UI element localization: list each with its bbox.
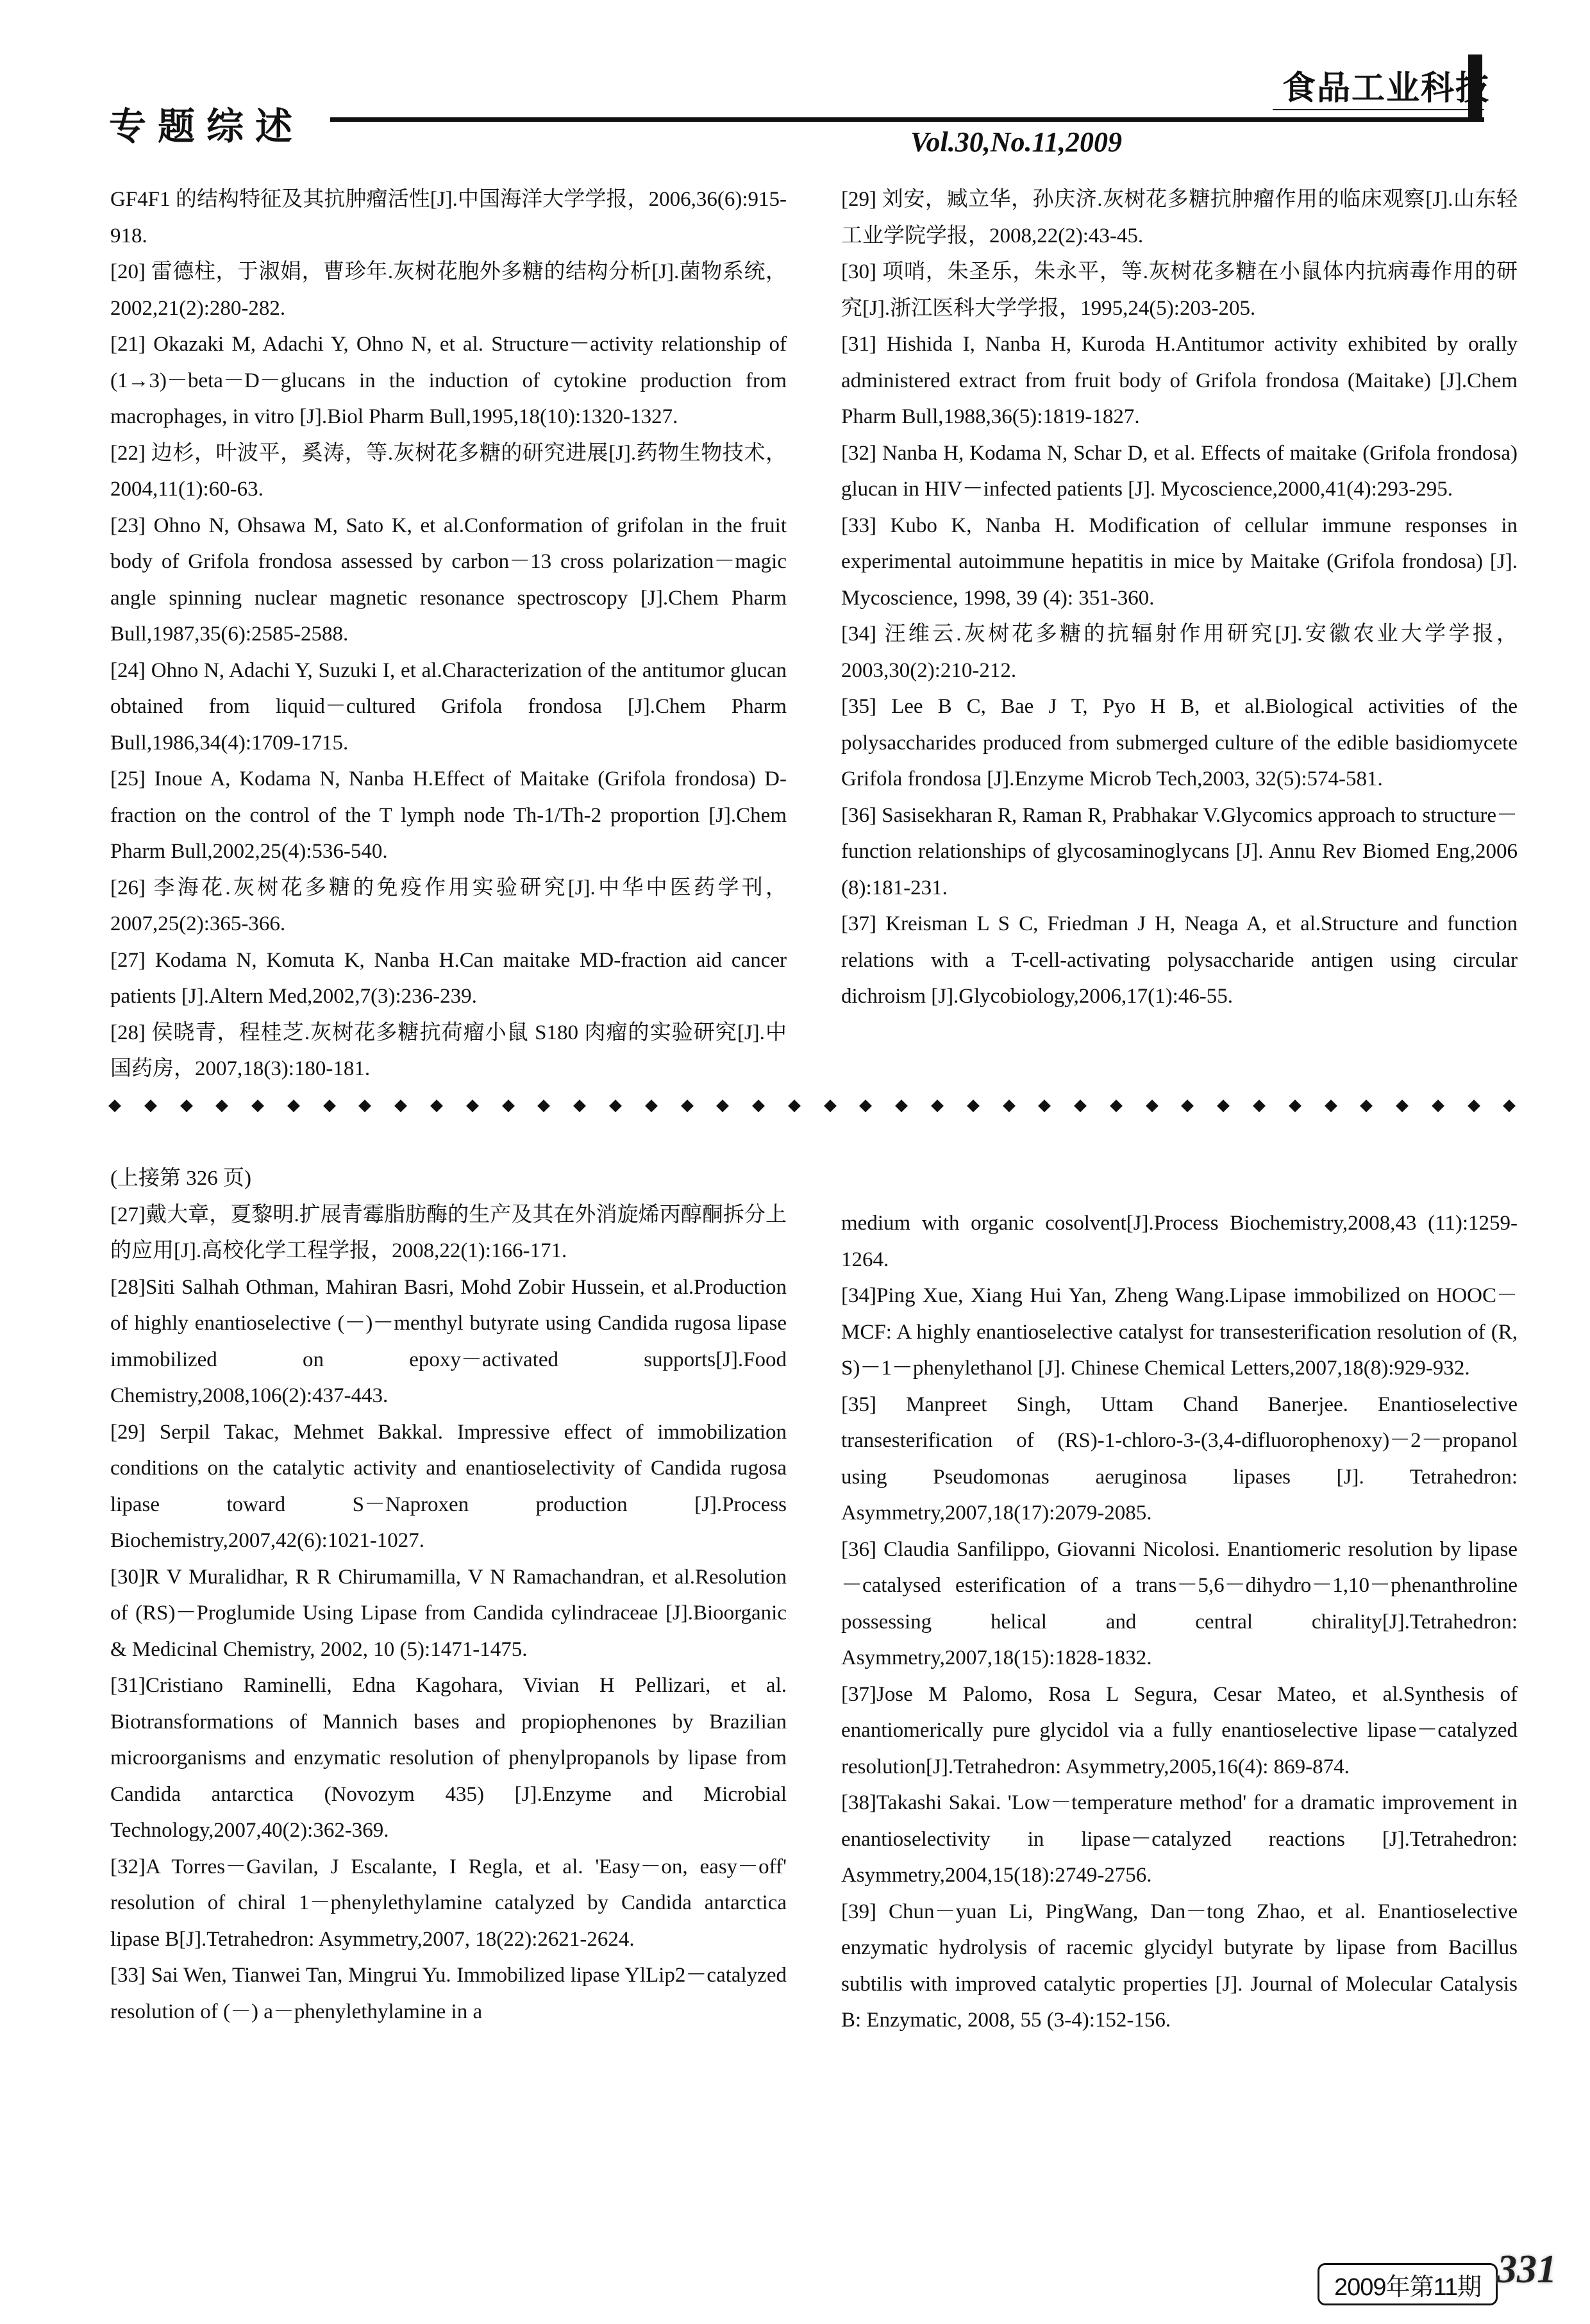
diamond-icon bbox=[1217, 1099, 1230, 1112]
diamond-icon bbox=[931, 1099, 944, 1112]
diamond-icon bbox=[1289, 1099, 1301, 1112]
reference-item: [33] Kubo K, Nanba H. Modification of ce… bbox=[841, 508, 1518, 617]
issue-label: 2009年第11期 bbox=[1318, 2263, 1498, 2305]
diamond-icon bbox=[1110, 1099, 1123, 1112]
references-top-left: GF4F1 的结构特征及其抗肿瘤活性[J].中国海洋大学学报，2006,36(6… bbox=[110, 181, 787, 1087]
reference-item: [35] Manpreet Singh, Uttam Chand Banerje… bbox=[841, 1387, 1518, 1532]
references-top-right: [29] 刘安，臧立华，孙庆济.灰树花多糖抗肿瘤作用的临床观察[J].山东轻工业… bbox=[841, 181, 1518, 1015]
reference-item: [32] Nanba H, Kodama N, Schar D, et al. … bbox=[841, 435, 1518, 508]
diamond-icon bbox=[359, 1099, 372, 1112]
reference-item: [29] Serpil Takac, Mehmet Bakkal. Impres… bbox=[110, 1414, 787, 1559]
diamond-icon bbox=[716, 1099, 729, 1112]
reference-item: GF4F1 的结构特征及其抗肿瘤活性[J].中国海洋大学学报，2006,36(6… bbox=[110, 181, 787, 254]
reference-item: [37] Kreisman L S C, Friedman J H, Neaga… bbox=[841, 906, 1518, 1015]
reference-item: [37]Jose M Palomo, Rosa L Segura, Cesar … bbox=[841, 1676, 1518, 1785]
reference-item: [27]戴大章，夏黎明.扩展青霉脂肪酶的生产及其在外消旋烯丙醇酮拆分上的应用[J… bbox=[110, 1197, 787, 1269]
diamond-icon bbox=[824, 1099, 837, 1112]
diamond-icon bbox=[681, 1099, 694, 1112]
diamond-icon bbox=[860, 1099, 873, 1112]
diamond-icon bbox=[1146, 1099, 1159, 1112]
diamond-icon bbox=[215, 1099, 228, 1112]
diamond-icon bbox=[1038, 1099, 1051, 1112]
diamond-icon bbox=[180, 1099, 193, 1112]
diamond-icon bbox=[430, 1099, 443, 1112]
reference-item: [28] 侯晓青，程桂芝.灰树花多糖抗荷瘤小鼠 S180 肉瘤的实验研究[J].… bbox=[110, 1015, 787, 1087]
reference-item: [36] Claudia Sanfilippo, Giovanni Nicolo… bbox=[841, 1532, 1518, 1676]
diamond-icon bbox=[466, 1099, 479, 1112]
reference-item: [36] Sasisekharan R, Raman R, Prabhakar … bbox=[841, 798, 1518, 907]
reference-item: [30]R V Muralidhar, R R Chirumamilla, V … bbox=[110, 1559, 787, 1668]
diamond-icon bbox=[609, 1099, 622, 1112]
journal-name: 食品工业科技 bbox=[1282, 61, 1490, 109]
section-title: 专题综述 bbox=[109, 96, 304, 150]
reference-item: [39] Chun－yuan Li, PingWang, Dan－tong Zh… bbox=[841, 1894, 1518, 2039]
volume-issue: Vol.30,No.11,2009 bbox=[910, 126, 1122, 158]
reference-item: [32]A Torres－Gavilan, J Escalante, I Reg… bbox=[110, 1849, 787, 1958]
page-number: 331 bbox=[1497, 2247, 1557, 2293]
diamond-icon bbox=[1503, 1099, 1516, 1112]
diamond-icon bbox=[788, 1099, 801, 1112]
header-rule bbox=[330, 117, 1484, 122]
diamond-icon bbox=[1325, 1099, 1337, 1112]
reference-item: [23] Ohno N, Ohsawa M, Sato K, et al.Con… bbox=[110, 508, 787, 653]
reference-item: [22] 边杉，叶波平，奚涛，等.灰树花多糖的研究进展[J].药物生物技术，20… bbox=[110, 435, 787, 508]
reference-item: [26] 李海花.灰树花多糖的免疫作用实验研究[J].中华中医药学刊，2007,… bbox=[110, 870, 787, 942]
diamond-icon bbox=[895, 1099, 908, 1112]
diamond-icon bbox=[1253, 1099, 1266, 1112]
header-rule-thin bbox=[1273, 109, 1484, 110]
reference-item: [31]Cristiano Raminelli, Edna Kagohara, … bbox=[110, 1668, 787, 1849]
diamond-icon bbox=[287, 1099, 300, 1112]
diamond-icon bbox=[394, 1099, 407, 1112]
diamond-icon bbox=[645, 1099, 658, 1112]
diamond-icon bbox=[1074, 1099, 1087, 1112]
diamond-icon bbox=[967, 1099, 980, 1112]
diamond-icon bbox=[752, 1099, 765, 1112]
reference-item: [25] Inoue A, Kodama N, Nanba H.Effect o… bbox=[110, 761, 787, 870]
diamond-icon bbox=[108, 1099, 121, 1112]
reference-item: [28]Siti Salhah Othman, Mahiran Basri, M… bbox=[110, 1269, 787, 1414]
diamond-icon bbox=[1360, 1099, 1373, 1112]
reference-item: [34] 汪维云.灰树花多糖的抗辐射作用研究[J].安徽农业大学学报，2003,… bbox=[841, 616, 1518, 689]
reference-item: [33] Sai Wen, Tianwei Tan, Mingrui Yu. I… bbox=[110, 1957, 787, 2030]
reference-item: [31] Hishida I, Nanba H, Kuroda H.Antitu… bbox=[841, 326, 1518, 435]
reference-item: [21] Okazaki M, Adachi Y, Ohno N, et al.… bbox=[110, 326, 787, 435]
diamond-icon bbox=[1003, 1099, 1016, 1112]
reference-item: [24] Ohno N, Adachi Y, Suzuki I, et al.C… bbox=[110, 653, 787, 762]
diamond-icon bbox=[1396, 1099, 1409, 1112]
diamond-icon bbox=[1468, 1099, 1480, 1112]
reference-item: [29] 刘安，臧立华，孙庆济.灰树花多糖抗肿瘤作用的临床观察[J].山东轻工业… bbox=[841, 181, 1518, 254]
diamond-icon bbox=[1182, 1099, 1194, 1112]
diamond-icon bbox=[323, 1099, 336, 1112]
diamond-divider bbox=[110, 1098, 1514, 1114]
reference-item: medium with organic cosolvent[J].Process… bbox=[841, 1205, 1518, 1278]
diamond-icon bbox=[573, 1099, 586, 1112]
continued-note: (上接第 326 页) bbox=[110, 1160, 787, 1197]
diamond-icon bbox=[502, 1099, 515, 1112]
reference-item: [30] 项哨，朱圣乐，朱永平，等.灰树花多糖在小鼠体内抗病毒作用的研究[J].… bbox=[841, 254, 1518, 326]
references-bottom-left: (上接第 326 页) [27]戴大章，夏黎明.扩展青霉脂肪酶的生产及其在外消旋… bbox=[110, 1160, 787, 2030]
reference-item: [34]Ping Xue, Xiang Hui Yan, Zheng Wang.… bbox=[841, 1278, 1518, 1387]
diamond-icon bbox=[537, 1099, 550, 1112]
reference-item: [20] 雷德柱，于淑娟，曹珍年.灰树花胞外多糖的结构分析[J].菌物系统，20… bbox=[110, 254, 787, 326]
reference-item: [27] Kodama N, Komuta K, Nanba H.Can mai… bbox=[110, 942, 787, 1015]
diamond-icon bbox=[144, 1099, 157, 1112]
reference-item: [38]Takashi Sakai. 'Low－temperature meth… bbox=[841, 1785, 1518, 1894]
diamond-icon bbox=[251, 1099, 264, 1112]
diamond-icon bbox=[1432, 1099, 1444, 1112]
references-bottom-right: medium with organic cosolvent[J].Process… bbox=[841, 1205, 1518, 2039]
reference-item: [35] Lee B C, Bae J T, Pyo H B, et al.Bi… bbox=[841, 689, 1518, 798]
